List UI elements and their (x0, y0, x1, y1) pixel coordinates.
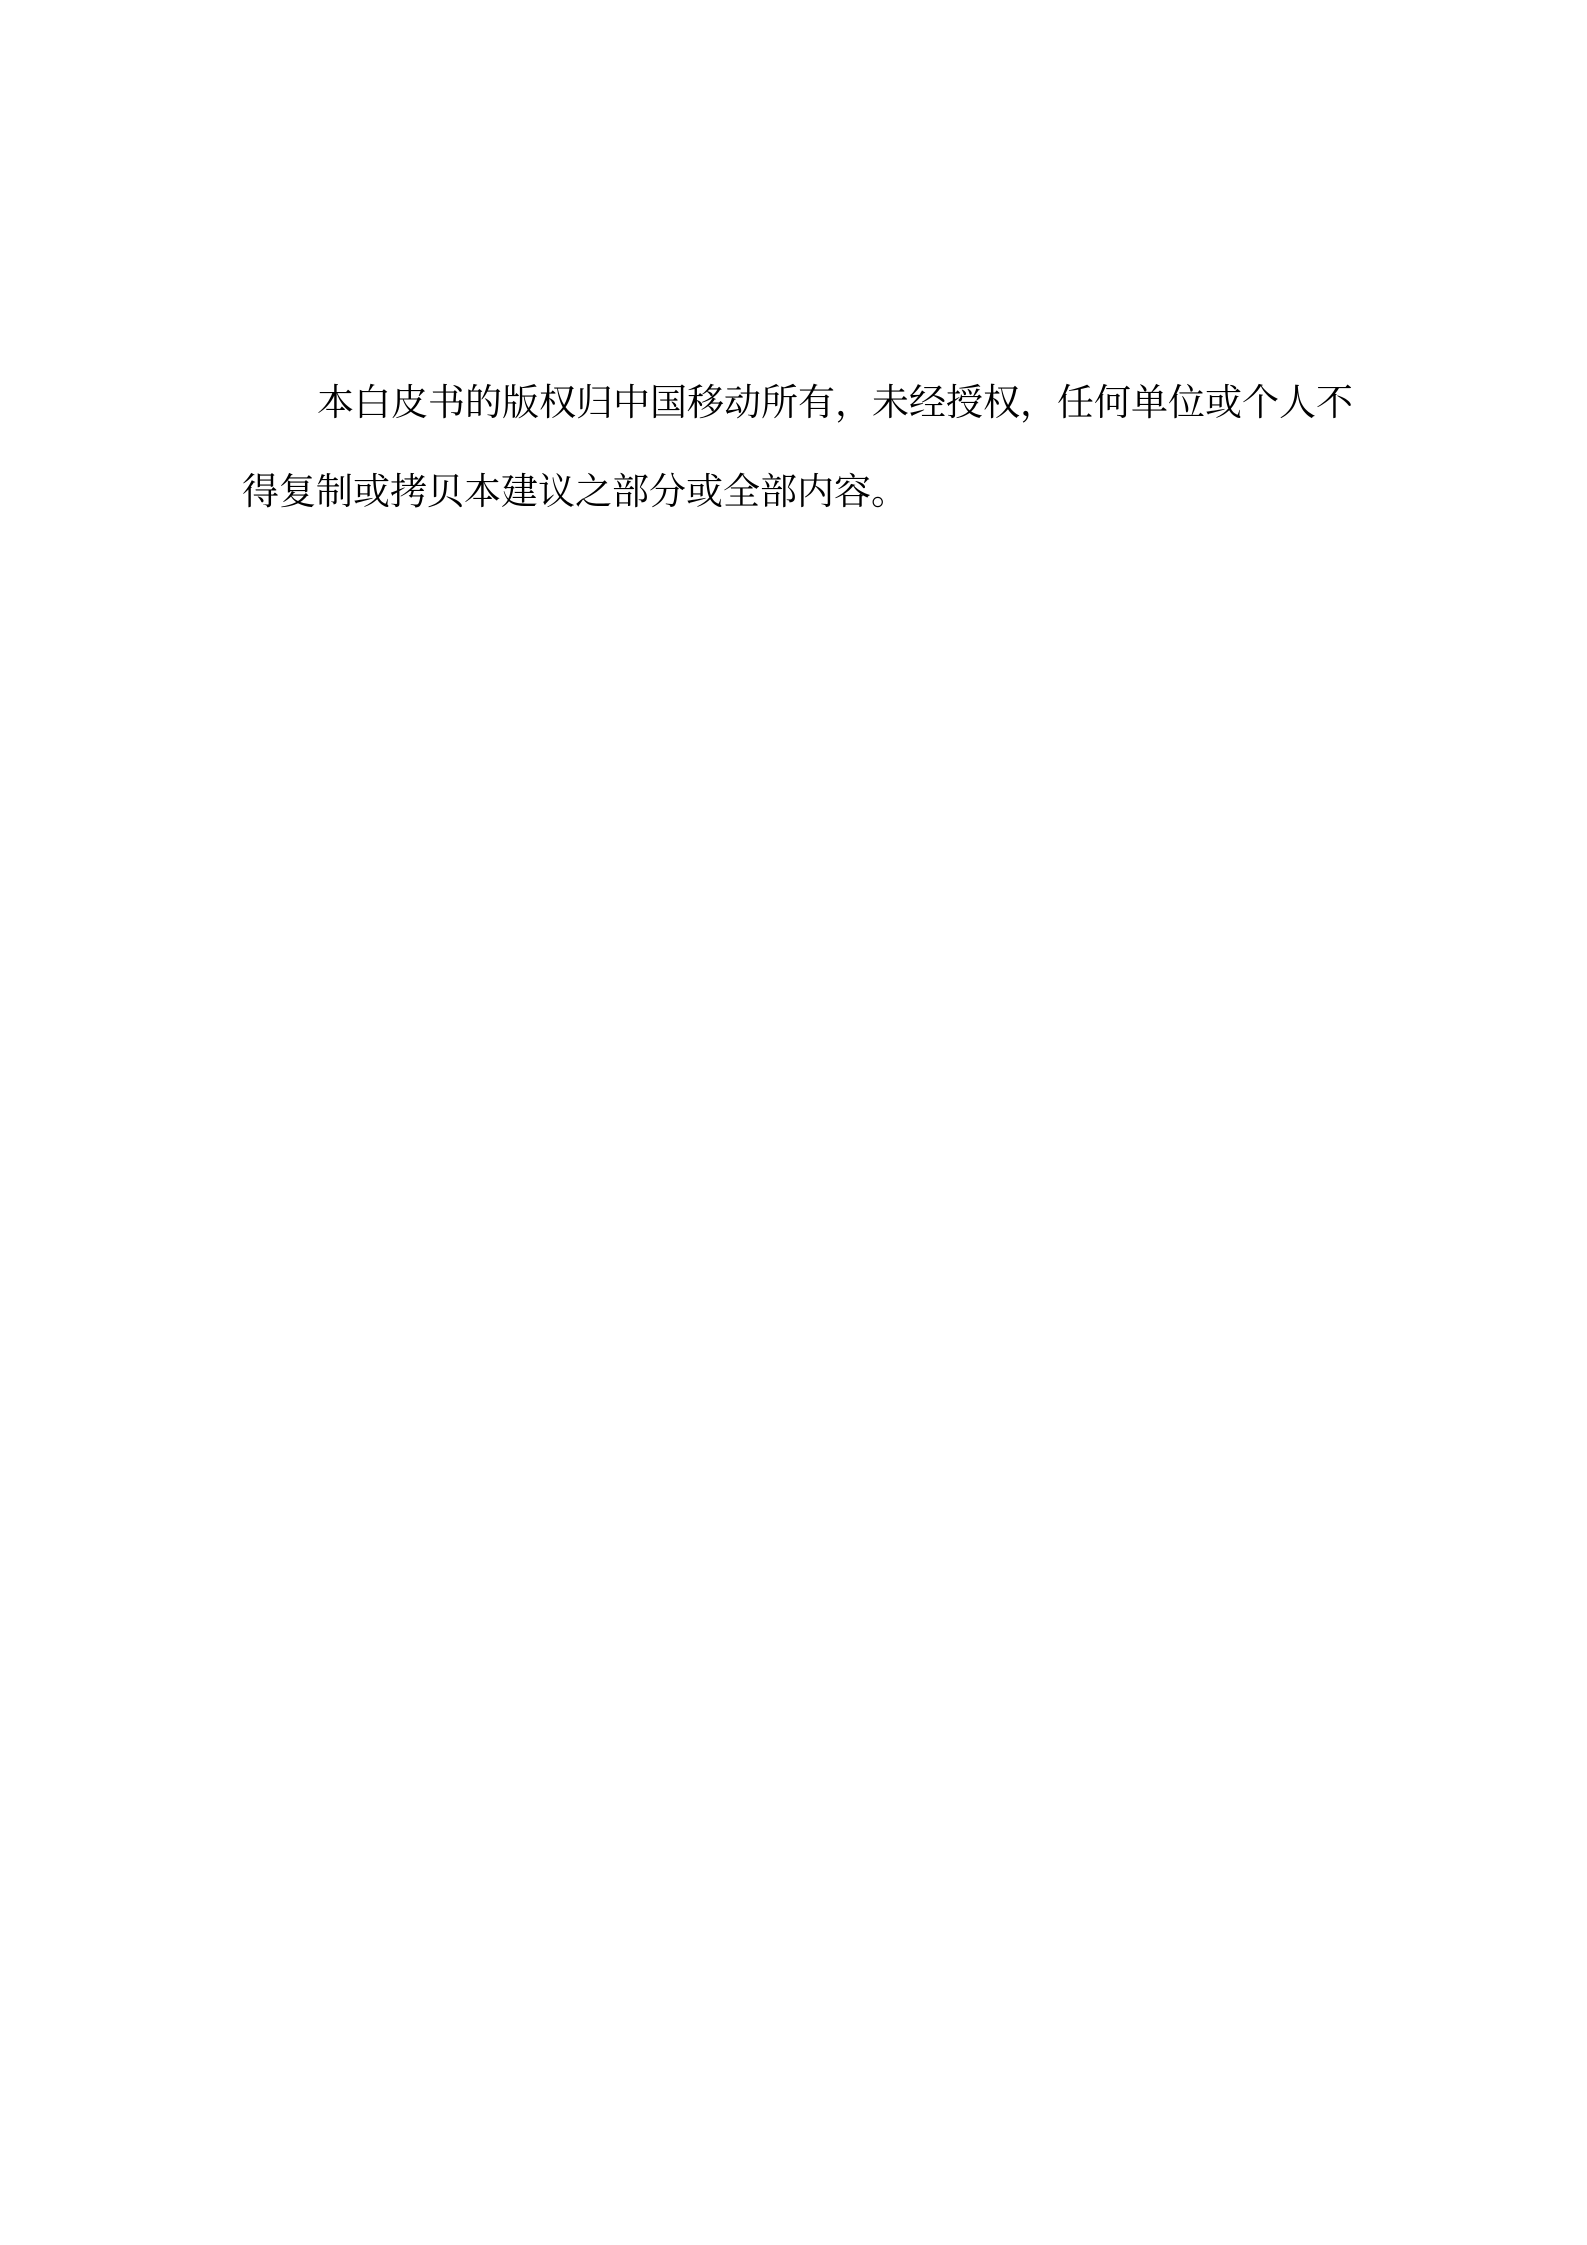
copyright-notice-line-1: 本白皮书的版权归中国移动所有，未经授权，任何单位或个人不 (242, 359, 1357, 448)
copyright-notice-line-2: 得复制或拷贝本建议之部分或全部内容。 (242, 448, 1357, 537)
copyright-notice: 本白皮书的版权归中国移动所有，未经授权，任何单位或个人不 得复制或拷贝本建议之部… (242, 359, 1357, 537)
document-page: 本白皮书的版权归中国移动所有，未经授权，任何单位或个人不 得复制或拷贝本建议之部… (0, 0, 1587, 2245)
